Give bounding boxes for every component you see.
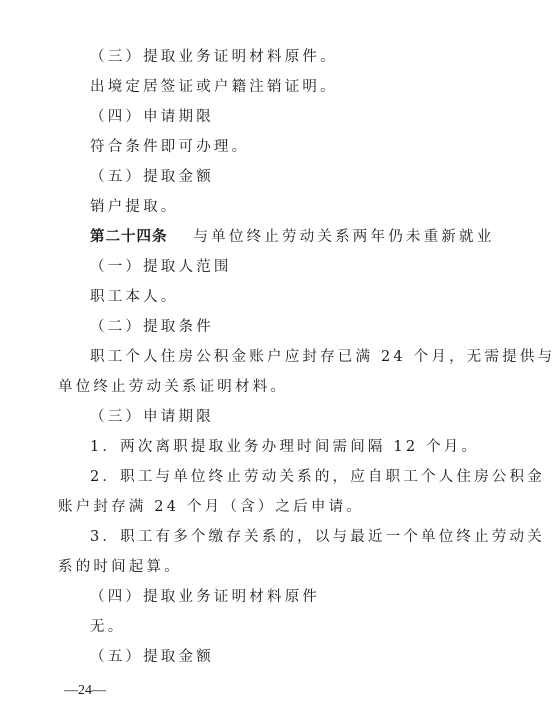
section-heading-conditions: （二）提取条件 bbox=[90, 312, 510, 342]
article-title: 与单位终止劳动关系两年仍未重新就业 bbox=[194, 229, 495, 245]
section-heading-applicant-scope: （一）提取人范围 bbox=[90, 252, 510, 282]
paragraph-text: 职工本人。 bbox=[90, 282, 510, 312]
paragraph-text: 销户提取。 bbox=[90, 192, 510, 222]
paragraph-text: 符合条件即可办理。 bbox=[90, 132, 510, 162]
article-number: 第二十四条 bbox=[90, 228, 168, 245]
paragraph-text: 无。 bbox=[90, 612, 510, 642]
section-heading-withdrawal-amount: （五）提取金额 bbox=[90, 162, 510, 192]
section-heading-withdrawal-amount: （五）提取金额 bbox=[90, 642, 510, 672]
section-heading-business-documents: （三）提取业务证明材料原件。 bbox=[90, 42, 510, 72]
section-heading-business-documents: （四）提取业务证明材料原件 bbox=[90, 582, 510, 612]
list-item-3-continued: 系的时间起算。 bbox=[58, 552, 498, 582]
page-number: —24— bbox=[64, 683, 106, 699]
paragraph-text: 职工个人住房公积金账户应封存已满 24 个月，无需提供与 bbox=[90, 342, 510, 372]
article-heading: 第二十四条与单位终止劳动关系两年仍未重新就业 bbox=[90, 222, 510, 252]
list-item-2: 2．职工与单位终止劳动关系的，应自职工个人住房公积金 bbox=[90, 462, 510, 492]
section-heading-application-period: （四）申请期限 bbox=[90, 102, 510, 132]
list-item-3: 3．职工有多个缴存关系的，以与最近一个单位终止劳动关 bbox=[90, 522, 510, 552]
paragraph-text-continued: 单位终止劳动关系证明材料。 bbox=[58, 372, 498, 402]
section-heading-application-period: （三）申请期限 bbox=[90, 402, 510, 432]
list-item-1: 1．两次离职提取业务办理时间需间隔 12 个月。 bbox=[90, 432, 510, 462]
paragraph-text: 出境定居签证或户籍注销证明。 bbox=[90, 72, 510, 102]
document-page: （三）提取业务证明材料原件。 出境定居签证或户籍注销证明。 （四）申请期限 符合… bbox=[0, 0, 553, 722]
list-item-2-continued: 账户封存满 24 个月（含）之后申请。 bbox=[58, 492, 498, 522]
